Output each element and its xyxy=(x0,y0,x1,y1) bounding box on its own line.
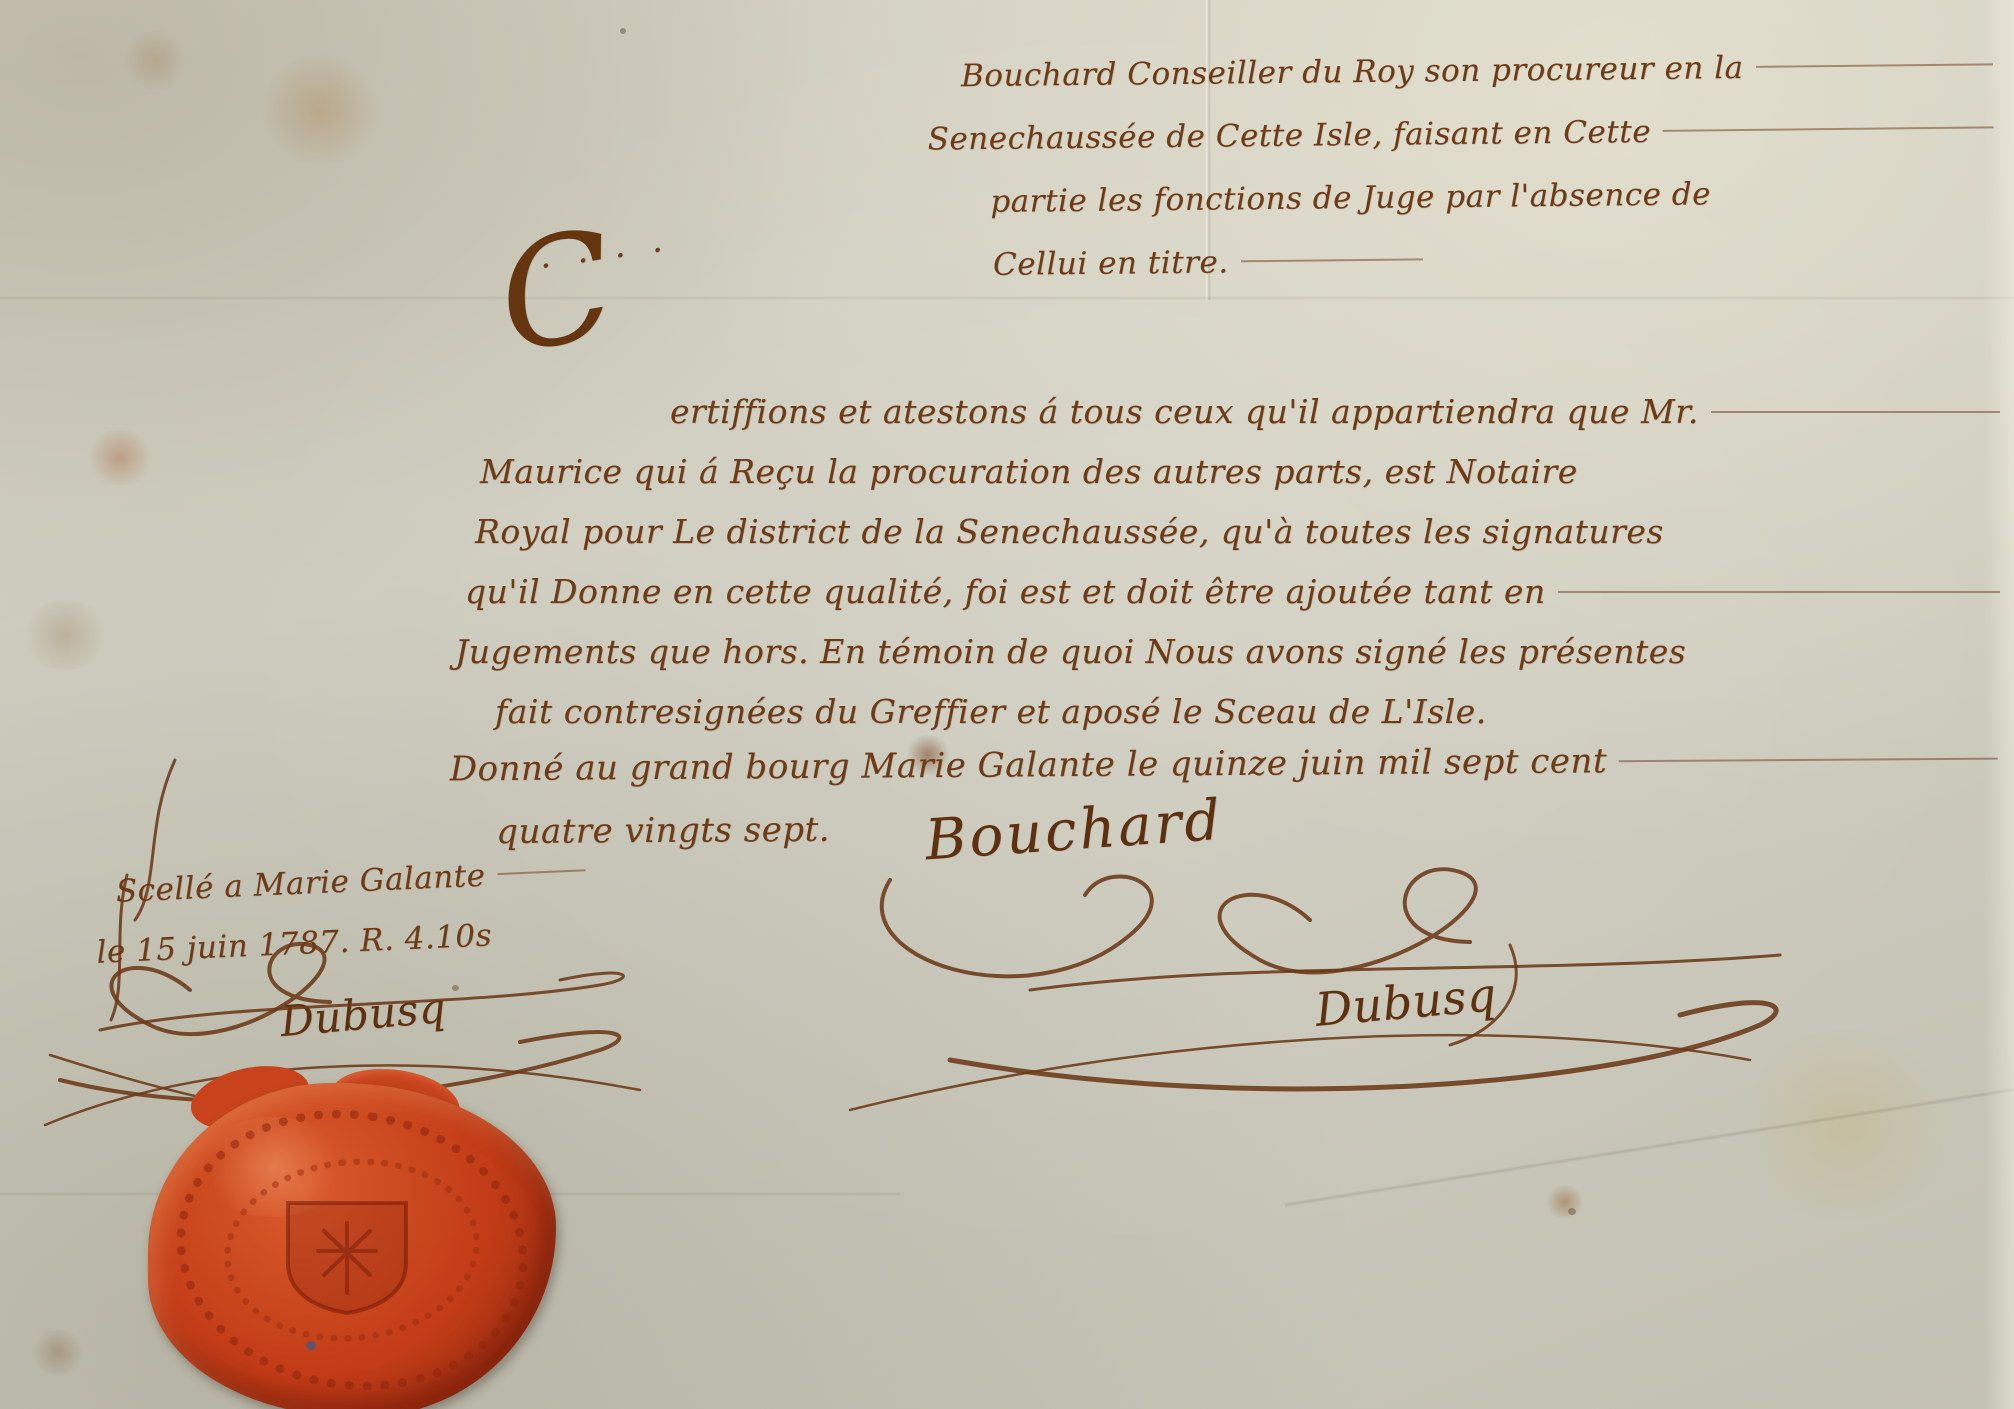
header-text: Bouchard Conseiller du Roy son procureur… xyxy=(961,37,1744,108)
header-text: partie les fonctions de Juge par l'absen… xyxy=(990,163,1711,234)
body-line: Jugements que hors. En témoin de quoi No… xyxy=(455,622,2000,682)
dateline-text: Donné au grand bourg Marie Galante le qu… xyxy=(450,730,1608,801)
body-text: ertiffions et atestons á tous ceux qu'il… xyxy=(670,382,1699,442)
decorative-initial: C xyxy=(496,253,618,332)
paper-stain xyxy=(120,30,190,90)
ink-rule xyxy=(497,869,585,875)
header-text: Cellui en titre. xyxy=(993,231,1229,296)
body-text: qu'il Donne en cette qualité, foi est et… xyxy=(465,562,1546,622)
paper-speck xyxy=(620,28,626,34)
body-paragraph: C ertiffions et atestons á tous ceux qu'… xyxy=(455,300,2000,742)
ink-rule xyxy=(1558,591,2000,593)
paper-stain xyxy=(255,55,385,165)
ink-rule xyxy=(1711,411,2000,413)
paper-stain xyxy=(20,600,110,670)
paper-stain xyxy=(85,430,155,485)
ink-rule xyxy=(1241,258,1423,262)
header-line: Senechaussée de Cette Isle, faisant en C… xyxy=(927,97,1994,171)
paper-stain xyxy=(30,1330,85,1375)
signature-flourish-right xyxy=(830,850,1810,1150)
ink-rule xyxy=(1756,63,1993,67)
paper-stain xyxy=(1545,1185,1585,1219)
red-wax-seal xyxy=(148,1083,556,1409)
body-line: qu'il Donne en cette qualité, foi est et… xyxy=(465,562,2000,622)
header-line: Cellui en titre. xyxy=(993,229,1424,296)
header-paragraph: Bouchard Conseiller du Roy son procureur… xyxy=(919,34,1996,297)
body-line: Royal pour Le district de la Senechaussé… xyxy=(475,502,2000,562)
header-text: Senechaussée de Cette Isle, faisant en C… xyxy=(927,101,1651,172)
ink-rule xyxy=(1663,126,1994,131)
header-line: Bouchard Conseiller du Roy son procureur… xyxy=(961,34,1994,108)
body-text: Royal pour Le district de la Senechaussé… xyxy=(475,502,1664,562)
ink-rule xyxy=(1619,758,1998,763)
manuscript-page: Bouchard Conseiller du Roy son procureur… xyxy=(0,0,2014,1409)
paper-speck xyxy=(1568,1208,1576,1215)
body-text: Maurice qui á Reçu la procuration des au… xyxy=(480,442,1578,502)
seal-speck xyxy=(306,1341,316,1350)
header-line: partie les fonctions de Juge par l'absen… xyxy=(990,160,1995,234)
body-line: ertiffions et atestons á tous ceux qu'il… xyxy=(670,382,2000,442)
body-text: Jugements que hors. En témoin de quoi No… xyxy=(455,622,1686,682)
body-line: Maurice qui á Reçu la procuration des au… xyxy=(480,442,2000,502)
seal-crest xyxy=(258,1193,436,1317)
dateline-line: Donné au grand bourg Marie Galante le qu… xyxy=(450,728,1998,802)
